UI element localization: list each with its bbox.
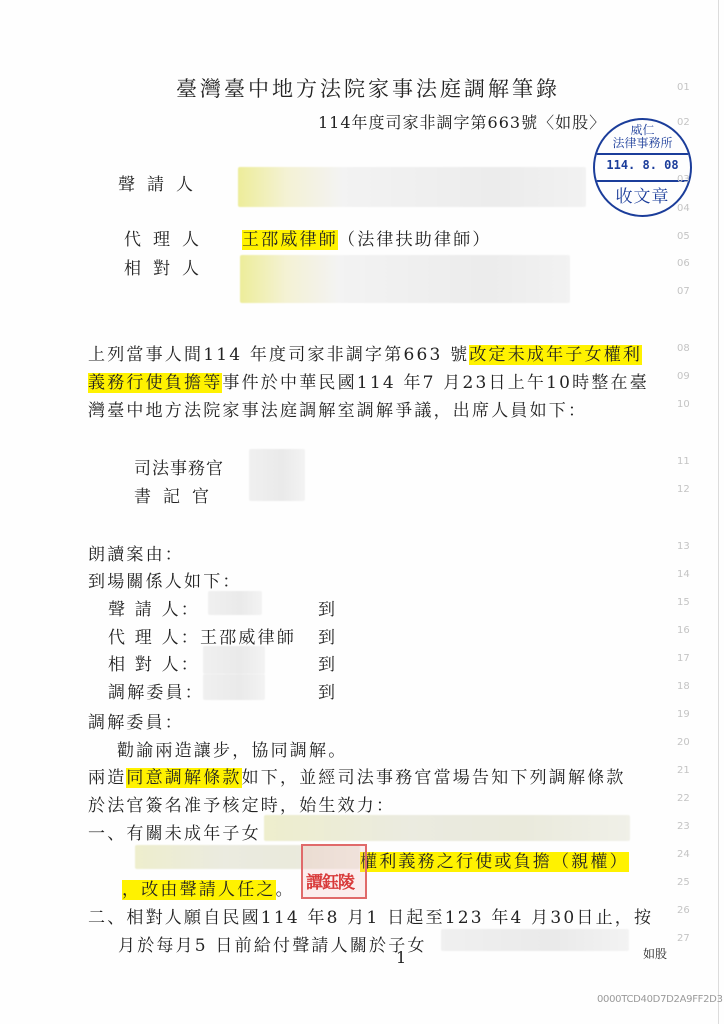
redacted-child-names xyxy=(264,815,630,841)
receipt-stamp-label: 收文章 xyxy=(595,182,690,207)
redacted-officer-names xyxy=(249,449,305,501)
redacted-attendee xyxy=(203,646,265,674)
body-line-26: 二、相對人願自民國114 年8 月1 日起至123 年4 月30日止，按 xyxy=(88,903,653,928)
line-number: 25 xyxy=(677,877,690,888)
line-number: 08 xyxy=(677,343,690,354)
body-line-24: 權利義務之行使或負擔（親權） xyxy=(360,847,629,872)
body-line-08: 上列當事人間114 年度司家非調字第663 號改定未成年子女權利 xyxy=(88,340,642,365)
line-number: 10 xyxy=(677,399,690,410)
agent-name: 王邵威律師 xyxy=(242,230,338,250)
line-number: 22 xyxy=(677,793,690,804)
line-number: 23 xyxy=(677,821,690,832)
stamp-divider xyxy=(595,153,690,155)
attendance-label: 代 理 人： xyxy=(108,628,200,648)
line-number: 19 xyxy=(677,709,690,720)
document-page: 臺灣臺中地方法院家事法庭調解筆錄 114年度司家非調字第663號〈如股〉 威仁 … xyxy=(0,0,724,1024)
line-number: 14 xyxy=(677,569,690,580)
agent-line: 王邵威律師（法律扶助律師） xyxy=(242,225,492,250)
document-id: 0000TCD40D7D2A9FF2D3 xyxy=(597,994,723,1005)
agent-note: （法律扶助律師） xyxy=(338,230,492,250)
highlighted-text: 同意調解條款 xyxy=(126,768,241,788)
respondent-label: 相對人 xyxy=(124,254,211,279)
body-text: 事件於中華民國114 年7 月23日上午10時整在臺 xyxy=(222,373,649,393)
redacted-text xyxy=(441,929,629,951)
judge-seal: 譚鈺陵 xyxy=(301,844,367,899)
agent-label: 代理人 xyxy=(124,225,211,250)
redacted-applicant-name xyxy=(238,167,586,207)
body-text: 兩造 xyxy=(88,768,126,788)
division-tag: 如股 xyxy=(643,945,667,962)
attendance-status: 到 xyxy=(318,650,337,675)
attendance-label: 相 對 人： xyxy=(108,650,200,675)
body-line-27: 月於每月5 日前給付聲請人關於子女 xyxy=(118,931,427,956)
line-number: 09 xyxy=(677,371,690,382)
attendance-row: 代 理 人：王邵威律師 xyxy=(108,623,296,648)
body-line-21: 兩造同意調解條款如下，並經司法事務官當場告知下列調解條款 xyxy=(88,763,626,788)
document-title: 臺灣臺中地方法院家事法庭調解筆錄 xyxy=(176,73,560,103)
highlighted-text: ，改由聲請人任之 xyxy=(122,880,276,900)
judge-seal-name: 譚鈺陵 xyxy=(306,868,354,893)
line-number: 05 xyxy=(677,231,690,242)
body-line-10: 灣臺中地方法院家事法庭調解室調解爭議，出席人員如下： xyxy=(88,396,587,421)
body-line-19: 調解委員： xyxy=(88,708,184,733)
attendance-label: 調解委員： xyxy=(108,678,204,703)
line-number: 20 xyxy=(677,737,690,748)
case-number: 114年度司家非調字第663號〈如股〉 xyxy=(318,110,606,133)
line-number: 16 xyxy=(677,625,690,636)
page-number: 1 xyxy=(396,948,406,967)
body-text: 如下，並經司法事務官當場告知下列調解條款 xyxy=(242,768,626,788)
body-line-09: 義務行使負擔等事件於中華民國114 年7 月23日上午10時整在臺 xyxy=(88,368,649,393)
receipt-stamp-org: 威仁 法律事務所 xyxy=(595,124,690,150)
body-text: 。 xyxy=(276,880,295,900)
body-text: 上列當事人間114 年度司家非調字第663 號 xyxy=(88,345,469,365)
line-number: 15 xyxy=(677,597,690,608)
line-number: 04 xyxy=(677,203,690,214)
page-edge-line xyxy=(718,0,719,1024)
line-number: 18 xyxy=(677,681,690,692)
line-number: 26 xyxy=(677,905,690,916)
line-number: 03 xyxy=(677,174,690,185)
redacted-respondent-name xyxy=(240,255,570,303)
attendance-status: 到 xyxy=(318,595,337,620)
body-line-20: 勸諭兩造讓步，協同調解。 xyxy=(117,736,347,761)
line-number: 11 xyxy=(677,456,690,467)
line-number: 24 xyxy=(677,849,690,860)
judicial-officer-label: 司法事務官 xyxy=(134,454,224,479)
line-number: 27 xyxy=(677,933,690,944)
line-number: 07 xyxy=(677,286,690,297)
attendance-status: 到 xyxy=(318,678,337,703)
body-line-22: 於法官簽名准予核定時，始生效力： xyxy=(88,791,395,816)
redacted-attendee xyxy=(203,674,265,700)
body-line-14: 到場關係人如下： xyxy=(88,567,242,592)
highlighted-text: 義務行使負擔等 xyxy=(88,373,222,393)
applicant-label: 聲請人 xyxy=(118,170,205,195)
line-number: 17 xyxy=(677,653,690,664)
line-number: 12 xyxy=(677,484,690,495)
attendance-label: 聲 請 人： xyxy=(108,595,200,620)
redacted-attendee xyxy=(208,591,262,615)
highlighted-text: 權利義務之行使或負擔（親權） xyxy=(360,852,629,872)
attendance-name: 王邵威律師 xyxy=(200,628,296,648)
body-line-23: 一、有關未成年子女 xyxy=(88,819,261,844)
receipt-stamp-date: 114. 8. 08 xyxy=(595,158,690,172)
line-number: 21 xyxy=(677,765,690,776)
receipt-stamp-org-line2: 法律事務所 xyxy=(612,136,672,150)
line-number: 01 xyxy=(677,82,690,93)
line-number: 06 xyxy=(677,258,690,269)
highlighted-text: 改定未成年子女權利 xyxy=(469,345,642,365)
body-line-13: 朗讀案由： xyxy=(88,540,184,565)
clerk-label: 書記官 xyxy=(134,482,221,507)
attendance-status: 到 xyxy=(318,623,337,648)
receipt-stamp-org-line1: 威仁 xyxy=(630,123,654,137)
line-number: 13 xyxy=(677,541,690,552)
body-line-25: ，改由聲請人任之。 xyxy=(122,875,295,900)
line-number: 02 xyxy=(677,117,690,128)
